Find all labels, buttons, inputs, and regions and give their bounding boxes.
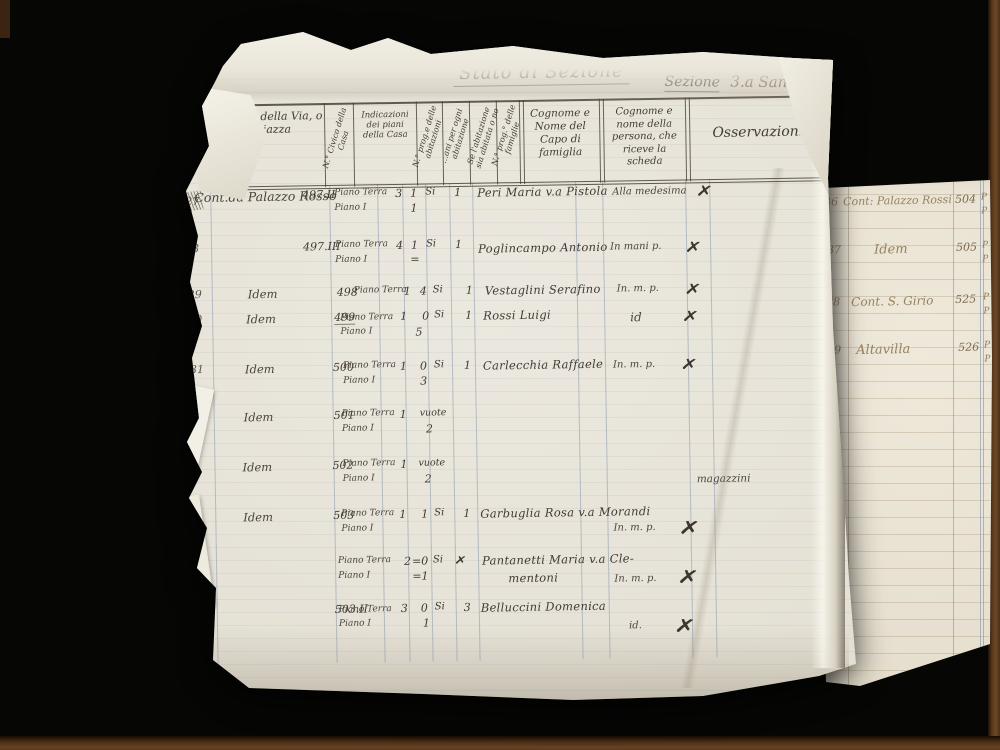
street-cell: Idem — [242, 460, 272, 474]
dwellings-cell: 1 — [400, 408, 407, 421]
paper: 90 Stato di Sezione Sezione 3.a San Gi — [183, 28, 863, 700]
families-cell: 3 — [464, 601, 471, 614]
inhabited-cell: Si — [433, 284, 443, 295]
inhabited-cell: Si — [434, 359, 444, 370]
main-census-sheet: 90 Stato di Sezione Sezione 3.a San Gi — [183, 28, 863, 700]
floors-cell: Piano I — [341, 523, 373, 534]
house-number-cell: 497.II — [302, 188, 335, 202]
clipped-floors-fragment: Pi — [984, 340, 990, 350]
families-cell: 1 — [465, 309, 472, 322]
head-of-family-cell: Vestaglini Serafino — [485, 282, 601, 298]
families-cell: 1 — [454, 186, 461, 199]
per-dwelling-cell: =1 — [412, 570, 428, 583]
photograph-of-census-register: 336 Cont: Palazzo Rossi 504 Pi Pi 337 Id… — [0, 0, 1000, 750]
row-number: 331 — [183, 363, 204, 376]
families-cell: 1 — [463, 507, 470, 520]
street-cell: Cont. S. Girio — [851, 293, 934, 309]
dwellings-cell: 3 — [401, 602, 408, 615]
dwellings-cell: 4 — [396, 239, 403, 252]
head-of-family-cell: Poglincampo Antonio — [478, 240, 608, 256]
families-cell: 1 — [466, 284, 473, 297]
floors-cell: Piano Terra — [341, 508, 394, 519]
floors-cell: Piano Terra — [342, 408, 395, 419]
floors-cell: Piano Terra — [335, 239, 388, 250]
per-dwelling-cell: 1 — [410, 202, 417, 215]
dwellings-cell: 1 — [400, 310, 407, 323]
clipped-floors-fragment: Pia — [983, 292, 989, 302]
per-dwelling-cell: 0 — [422, 309, 429, 322]
street-cell: Idem — [248, 287, 278, 301]
head-of-family-cell: Belluccini Domenica — [481, 599, 606, 615]
floors-cell: Piano Terra — [338, 555, 391, 566]
per-dwelling-cell: vuote — [420, 407, 447, 418]
floors-cell: Piano Terra — [343, 360, 396, 371]
row-number: 328 — [178, 242, 199, 255]
per-dwelling-cell: 0 — [420, 360, 427, 373]
per-dwelling-cell: 2 — [425, 472, 432, 485]
head-of-family-cell: Carlecchia Raffaele — [483, 357, 603, 373]
dwellings-cell: 1 — [400, 360, 407, 373]
floors-cell: Piano I — [338, 570, 370, 581]
per-dwelling-cell: 4 — [420, 285, 427, 298]
clipped-floors-fragment: Pi — [981, 206, 987, 216]
per-dwelling-cell: =0 — [412, 555, 428, 568]
inhabited-cell: Si — [426, 238, 436, 249]
dwellings-cell: 2 — [404, 555, 411, 568]
floors-cell: Piano Terra — [339, 604, 392, 615]
per-dwelling-cell: 1 — [411, 239, 418, 252]
wood-table-bottom-edge — [0, 736, 1000, 750]
paper-bottom-shading — [201, 626, 849, 700]
per-dwelling-cell: 5 — [415, 326, 422, 339]
per-dwelling-cell: vuote — [418, 457, 445, 468]
inhabited-cell: Si — [434, 309, 444, 320]
head-of-family-cell: Pantanetti Maria v.a Cle- — [482, 551, 634, 567]
house-number-cell: 504 — [955, 192, 976, 205]
inhabited-cell: Si — [433, 554, 443, 565]
floors-cell: Piano I — [335, 254, 367, 265]
clipped-floors-fragment: Pa — [982, 240, 988, 250]
head-of-family-cell: Peri Maria v.a Pistola — [477, 184, 608, 200]
per-dwelling-cell: 1 — [410, 187, 417, 200]
per-dwelling-cell: 2 — [426, 422, 433, 435]
families-cell-scribble: ✗ — [454, 553, 468, 567]
floors-cell: Piano Terra — [354, 285, 407, 296]
floors-cell: Piano I — [343, 375, 375, 386]
wood-table-corner — [0, 0, 10, 38]
paper-crumple-shading — [205, 28, 839, 102]
floors-cell: Piano I — [342, 423, 374, 434]
dwellings-cell: 1 — [400, 458, 407, 471]
floors-cell: Piano Terra — [334, 187, 387, 198]
street-cell: Idem — [246, 312, 276, 326]
families-cell: 1 — [464, 359, 471, 372]
house-number-cell: 526 — [958, 340, 979, 353]
street-cell: Altavilla — [856, 342, 910, 358]
street-cell: Idem — [244, 410, 274, 424]
dwellings-cell: 3 — [395, 187, 402, 200]
per-dwelling-cell: = — [410, 253, 419, 266]
dwellings-cell: 1 — [404, 285, 411, 298]
floors-cell: Piano Terra — [340, 312, 393, 323]
per-dwelling-cell: 0 — [421, 602, 428, 615]
house-number-cell: 525 — [955, 293, 976, 306]
floors-cell: Piano I — [334, 202, 366, 213]
dwellings-cell: 1 — [399, 508, 406, 521]
head-of-family-cell: Rossi Luigi — [483, 308, 551, 323]
per-dwelling-cell: 1 — [421, 508, 428, 521]
row-number: 330 — [181, 313, 202, 326]
row-number: 329 — [181, 288, 202, 301]
clipped-floors-fragment: Po — [982, 254, 988, 264]
street-cell: Idem — [243, 510, 273, 524]
inhabited-cell: Si — [435, 601, 445, 612]
clipped-floors-fragment: Pi — [981, 192, 987, 202]
floors-cell: Piano I — [340, 326, 372, 337]
families-cell: 1 — [455, 238, 462, 251]
clipped-floors-fragment: Pi — [984, 354, 990, 364]
street-cell: Idem — [245, 362, 275, 376]
inhabited-cell: Si — [434, 507, 444, 518]
head-of-family-cell-line2: mentoni — [508, 570, 558, 585]
inhabited-cell: Si — [425, 186, 435, 197]
house-number-cell: 505 — [956, 240, 977, 253]
per-dwelling-cell: 3 — [420, 375, 427, 388]
floors-cell: Piano I — [343, 473, 375, 484]
clipped-floors-fragment: Pr — [983, 306, 989, 316]
street-cell: Idem — [874, 242, 908, 258]
floors-cell: Piano Terra — [342, 458, 395, 469]
